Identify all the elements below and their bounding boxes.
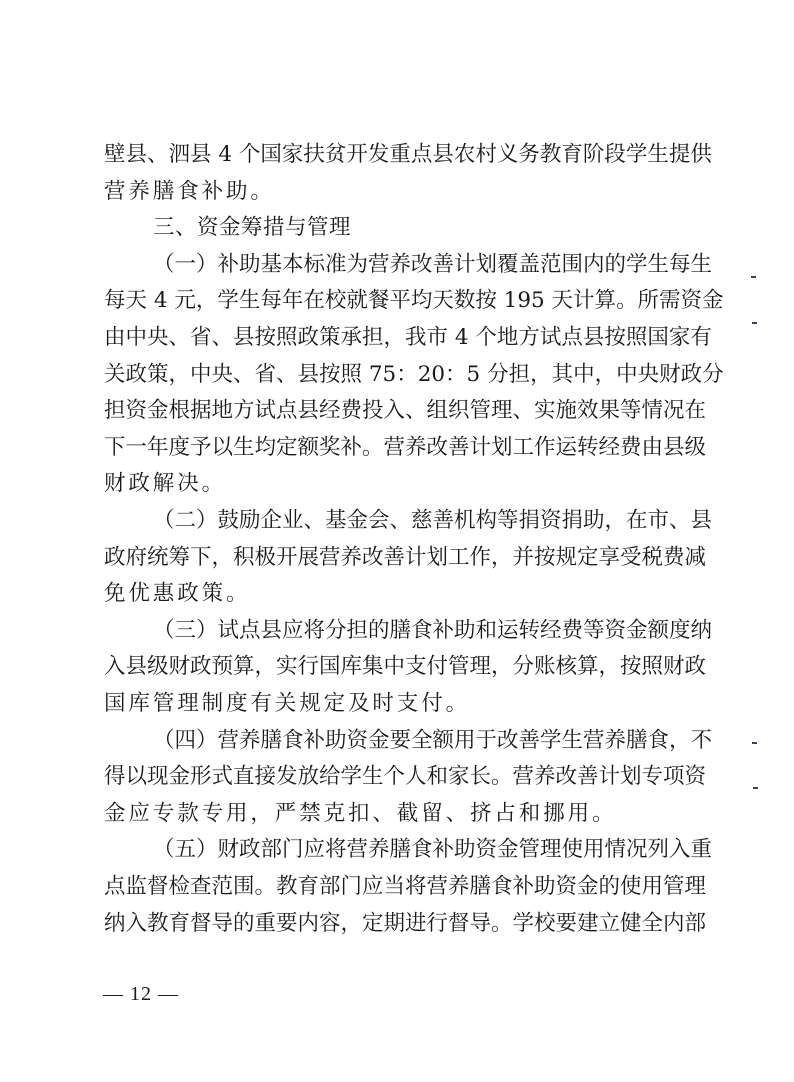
text-line: 营养膳食补助。 xyxy=(104,177,690,207)
text-line: 由中央、省、县按照政策承担，我市 4 个地方试点县按照国家有 xyxy=(104,323,690,353)
page-number: — 12 — xyxy=(103,980,179,1008)
text-line: 点监督检查范围。教育部门应当将营养膳食补助资金的使用管理 xyxy=(104,872,690,902)
text-line: （二）鼓励企业、基金会、慈善机构等捐资捐助，在市、县 xyxy=(153,506,690,536)
text-line: 财政解决。 xyxy=(104,469,690,499)
text-line: （三）试点县应将分担的膳食补助和运转经费等资金额度纳 xyxy=(153,616,690,646)
text-line: （四）营养膳食补助资金要全额用于改善学生营养膳食，不 xyxy=(153,726,690,756)
scan-mark xyxy=(752,322,757,324)
text-line: （五）财政部门应将营养膳食补助资金管理使用情况列入重 xyxy=(153,835,690,865)
text-line: 壁县、泗县 4 个国家扶贫开发重点县农村义务教育阶段学生提供 xyxy=(104,140,690,170)
scan-mark xyxy=(752,742,757,744)
document-page: 壁县、泗县 4 个国家扶贫开发重点县农村义务教育阶段学生提供营养膳食补助。三、资… xyxy=(0,0,794,1082)
text-line: 国库管理制度有关规定及时支付。 xyxy=(104,689,690,719)
section-heading: 三、资金筹措与管理 xyxy=(153,213,690,243)
text-line: 纳入教育督导的重要内容，定期进行督导。学校要建立健全内部 xyxy=(104,909,690,939)
text-line: 入县级财政预算，实行国库集中支付管理，分账核算，按照财政 xyxy=(104,652,690,682)
text-line: 担资金根据地方试点县经费投入、组织管理、实施效果等情况在 xyxy=(104,396,690,426)
text-line: （一）补助基本标准为营养改善计划覆盖范围内的学生每生 xyxy=(153,250,690,280)
text-line: 免优惠政策。 xyxy=(104,579,690,609)
scan-mark xyxy=(753,787,758,789)
text-line: 每天 4 元，学生每年在校就餐平均天数按 195 天计算。所需资金 xyxy=(104,286,690,316)
text-line: 政府统筹下，积极开展营养改善计划工作，并按规定享受税费减 xyxy=(104,543,690,573)
text-line: 下一年度予以生均定额奖补。营养改善计划工作运转经费由县级 xyxy=(104,433,690,463)
text-line: 关政策，中央、省、县按照 75：20：5 分担，其中，中央财政分 xyxy=(104,360,690,390)
text-line: 金应专款专用，严禁克扣、截留、挤占和挪用。 xyxy=(104,799,690,829)
text-line: 得以现金形式直接发放给学生个人和家长。营养改善计划专项资 xyxy=(104,762,690,792)
scan-mark xyxy=(751,276,756,278)
